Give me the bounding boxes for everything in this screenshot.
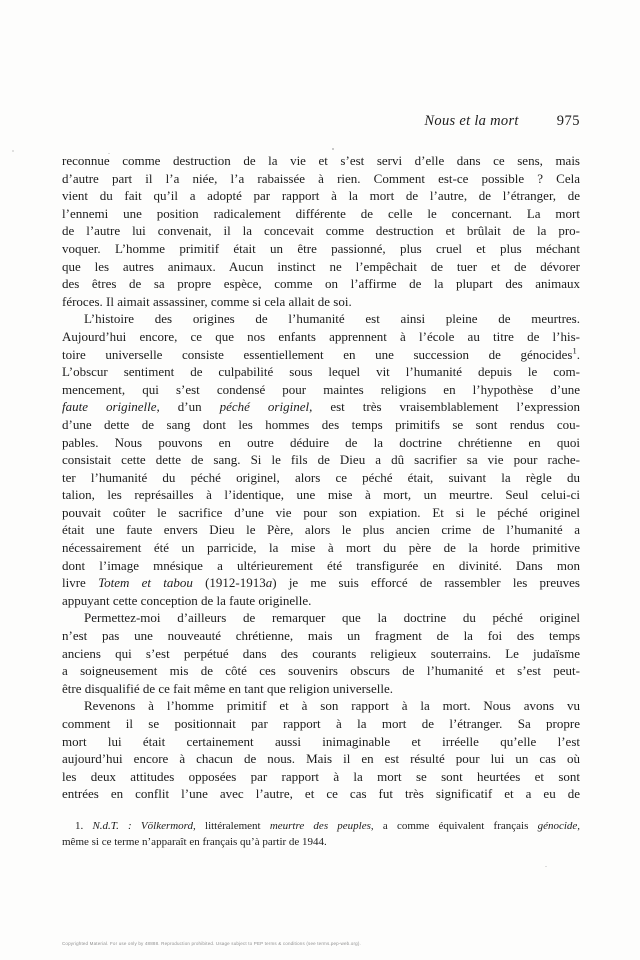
text-segment: être disqualifié de ce fait même en tant… bbox=[62, 681, 393, 696]
text-segment: toire universelle consiste essentielleme… bbox=[62, 347, 573, 362]
text-segment: Revenons à l’homme primitif et à son rap… bbox=[84, 698, 580, 713]
running-title: Nous et la mort bbox=[424, 112, 518, 130]
scanned-book-page: Nous et la mort 975 reconnue comme destr… bbox=[0, 0, 640, 960]
text-segment: L’histoire des origines de l’humanité es… bbox=[84, 311, 580, 326]
text-segment: talion, les représailles à l’identique, … bbox=[62, 487, 580, 502]
text-segment: aujourd’hui encore à chacun de nous. Mai… bbox=[62, 751, 580, 766]
page-number: 975 bbox=[557, 112, 580, 130]
text-line: que les autres animaux. Aucun instinct n… bbox=[62, 258, 580, 276]
body-text: reconnue comme destruction de la vie et … bbox=[62, 152, 580, 803]
text-segment: d’une dette de sang dont les hommes des … bbox=[62, 417, 580, 432]
text-line: toire universelle consiste essentielleme… bbox=[62, 346, 580, 364]
scan-speck bbox=[12, 150, 14, 152]
text-segment: N.d.T. : bbox=[92, 820, 131, 832]
text-line: d’une dette de sang dont les hommes des … bbox=[62, 416, 580, 434]
text-line: L’obscur sentiment de culpabilité sous l… bbox=[62, 363, 580, 381]
text-segment: n’est pas une nouveauté chrétienne, mais… bbox=[62, 628, 580, 643]
text-line: nécessairement été un parricide, la mise… bbox=[62, 539, 580, 557]
text-line: aujourd’hui encore à chacun de nous. Mai… bbox=[62, 750, 580, 768]
text-segment: d’autre part il l’a niée, l’a rabaissée … bbox=[62, 171, 580, 186]
text-segment: (1912-1913 bbox=[193, 575, 266, 590]
paragraph: L’histoire des origines de l’humanité es… bbox=[62, 310, 580, 609]
text-line: de l’autre lui convenait, il la concevai… bbox=[62, 222, 580, 240]
text-line: 1. N.d.T. : Völkermord, littéralement me… bbox=[62, 818, 580, 835]
text-segment: péché originel, bbox=[220, 399, 313, 414]
text-line: voquer. L’homme primitif était un être p… bbox=[62, 240, 580, 258]
text-segment: féroces. Il aimait assassiner, comme si … bbox=[62, 294, 352, 309]
paragraph: reconnue comme destruction de la vie et … bbox=[62, 152, 580, 310]
page-header: Nous et la mort 975 bbox=[62, 112, 580, 130]
text-segment: appuyant cette conception de la faute or… bbox=[62, 593, 311, 608]
text-segment: dont l’image mnésique a ultérieurement é… bbox=[62, 558, 580, 573]
text-line: mort lui était certainement aussi inimag… bbox=[62, 733, 580, 751]
text-segment: littéralement bbox=[196, 820, 270, 832]
text-segment: ) je me suis efforcé de rassembler les p… bbox=[272, 575, 580, 590]
text-line: appuyant cette conception de la faute or… bbox=[62, 592, 580, 610]
text-line: pables. Nous pouvons en outre déduire de… bbox=[62, 434, 580, 452]
text-segment: ter l’humanité du péché originel, alors … bbox=[62, 470, 580, 485]
text-segment: vient du fait qu’il a adopté par rapport… bbox=[62, 188, 580, 203]
text-segment: nécessairement été un parricide, la mise… bbox=[62, 540, 580, 555]
text-line: talion, les représailles à l’identique, … bbox=[62, 486, 580, 504]
text-line: a soigneusement mis de côté ces souvenir… bbox=[62, 662, 580, 680]
text-line: anciens qui s’est perpétué dans des cour… bbox=[62, 645, 580, 663]
text-segment: pouvait coûter le sacrifice d’une vie po… bbox=[62, 505, 580, 520]
text-segment: Aujourd’hui encore, ce que nos enfants a… bbox=[62, 329, 580, 344]
text-line: mencement, qui s’est condensé pour maint… bbox=[62, 381, 580, 399]
text-line: pouvait coûter le sacrifice d’une vie po… bbox=[62, 504, 580, 522]
text-segment: faute originelle, bbox=[62, 399, 160, 414]
text-segment: anciens qui s’est perpétué dans des cour… bbox=[62, 646, 580, 661]
text-line: faute originelle, d’un péché originel, e… bbox=[62, 398, 580, 416]
text-segment: livre bbox=[62, 575, 98, 590]
text-segment: meurtre des peuples, bbox=[270, 820, 374, 832]
paragraph: Permettez-moi d’ailleurs de remarquer qu… bbox=[62, 609, 580, 697]
text-segment: de l’autre lui convenait, il la concevai… bbox=[62, 223, 580, 238]
text-segment bbox=[132, 820, 141, 832]
text-segment: reconnue comme destruction de la vie et … bbox=[62, 153, 580, 168]
text-segment: pables. Nous pouvons en outre déduire de… bbox=[62, 435, 580, 450]
text-segment: entrées en conflit l’une avec l’autre, e… bbox=[62, 786, 580, 801]
text-segment: les deux attitudes opposées par rapport … bbox=[62, 769, 580, 784]
text-line: même si ce terme n’apparaît en français … bbox=[62, 834, 580, 851]
text-line: reconnue comme destruction de la vie et … bbox=[62, 152, 580, 170]
text-segment: Völkermord, bbox=[141, 820, 196, 832]
text-segment: voquer. L’homme primitif était un être p… bbox=[62, 241, 580, 256]
text-line: L’histoire des origines de l’humanité es… bbox=[62, 310, 580, 328]
paragraph: Revenons à l’homme primitif et à son rap… bbox=[62, 697, 580, 803]
scan-speck bbox=[545, 866, 547, 867]
text-segment: mort lui était certainement aussi inimag… bbox=[62, 734, 580, 749]
text-line: l’ennemi une position radicalement diffé… bbox=[62, 205, 580, 223]
text-line: livre Totem et tabou (1912-1913a) je me … bbox=[62, 574, 580, 592]
text-segment: que les autres animaux. Aucun instinct n… bbox=[62, 259, 580, 274]
text-segment: l’ennemi une position radicalement diffé… bbox=[62, 206, 580, 221]
text-segment: 1. bbox=[75, 820, 92, 832]
text-segment: d’un bbox=[160, 399, 220, 414]
text-column: Nous et la mort 975 reconnue comme destr… bbox=[62, 112, 580, 851]
text-line: était une faute envers Dieu le Père, alo… bbox=[62, 521, 580, 539]
text-line: des êtres de sa propre espèce, comme on … bbox=[62, 275, 580, 293]
text-line: entrées en conflit l’une avec l’autre, e… bbox=[62, 785, 580, 803]
footnote: 1. N.d.T. : Völkermord, littéralement me… bbox=[62, 818, 580, 851]
text-line: comment il se positionnait par rapport à… bbox=[62, 715, 580, 733]
text-segment: des êtres de sa propre espèce, comme on … bbox=[62, 276, 580, 291]
text-segment: Permettez-moi d’ailleurs de remarquer qu… bbox=[84, 610, 580, 625]
text-segment: est très vraisemblablement l’expression bbox=[312, 399, 580, 414]
text-line: les deux attitudes opposées par rapport … bbox=[62, 768, 580, 786]
text-line: Aujourd’hui encore, ce que nos enfants a… bbox=[62, 328, 580, 346]
text-line: féroces. Il aimait assassiner, comme si … bbox=[62, 293, 580, 311]
text-segment: a soigneusement mis de côté ces souvenir… bbox=[62, 663, 580, 678]
text-line: ter l’humanité du péché originel, alors … bbox=[62, 469, 580, 487]
text-line: dont l’image mnésique a ultérieurement é… bbox=[62, 557, 580, 575]
text-line: d’autre part il l’a niée, l’a rabaissée … bbox=[62, 170, 580, 188]
text-segment: génocide, bbox=[538, 820, 580, 832]
text-segment: même si ce terme n’apparaît en français … bbox=[62, 836, 327, 848]
text-segment: Totem et tabou bbox=[98, 575, 193, 590]
text-line: être disqualifié de ce fait même en tant… bbox=[62, 680, 580, 698]
text-line: vient du fait qu’il a adopté par rapport… bbox=[62, 187, 580, 205]
text-segment: L’obscur sentiment de culpabilité sous l… bbox=[62, 364, 580, 379]
scan-speck bbox=[108, 153, 110, 154]
text-line: Permettez-moi d’ailleurs de remarquer qu… bbox=[62, 609, 580, 627]
text-segment: comment il se positionnait par rapport à… bbox=[62, 716, 580, 731]
text-segment: mencement, qui s’est condensé pour maint… bbox=[62, 382, 580, 397]
text-line: consistait cette dette de sang. Si le fi… bbox=[62, 451, 580, 469]
text-line: Revenons à l’homme primitif et à son rap… bbox=[62, 697, 580, 715]
scan-speck bbox=[332, 148, 334, 150]
text-segment: . bbox=[577, 347, 580, 362]
text-segment: consistait cette dette de sang. Si le fi… bbox=[62, 452, 580, 467]
text-line: n’est pas une nouveauté chrétienne, mais… bbox=[62, 627, 580, 645]
text-segment: était une faute envers Dieu le Père, alo… bbox=[62, 522, 580, 537]
text-segment: a comme équivalent français bbox=[374, 820, 538, 832]
copyright-watermark: Copyrighted Material. For use only by 48… bbox=[62, 941, 361, 946]
